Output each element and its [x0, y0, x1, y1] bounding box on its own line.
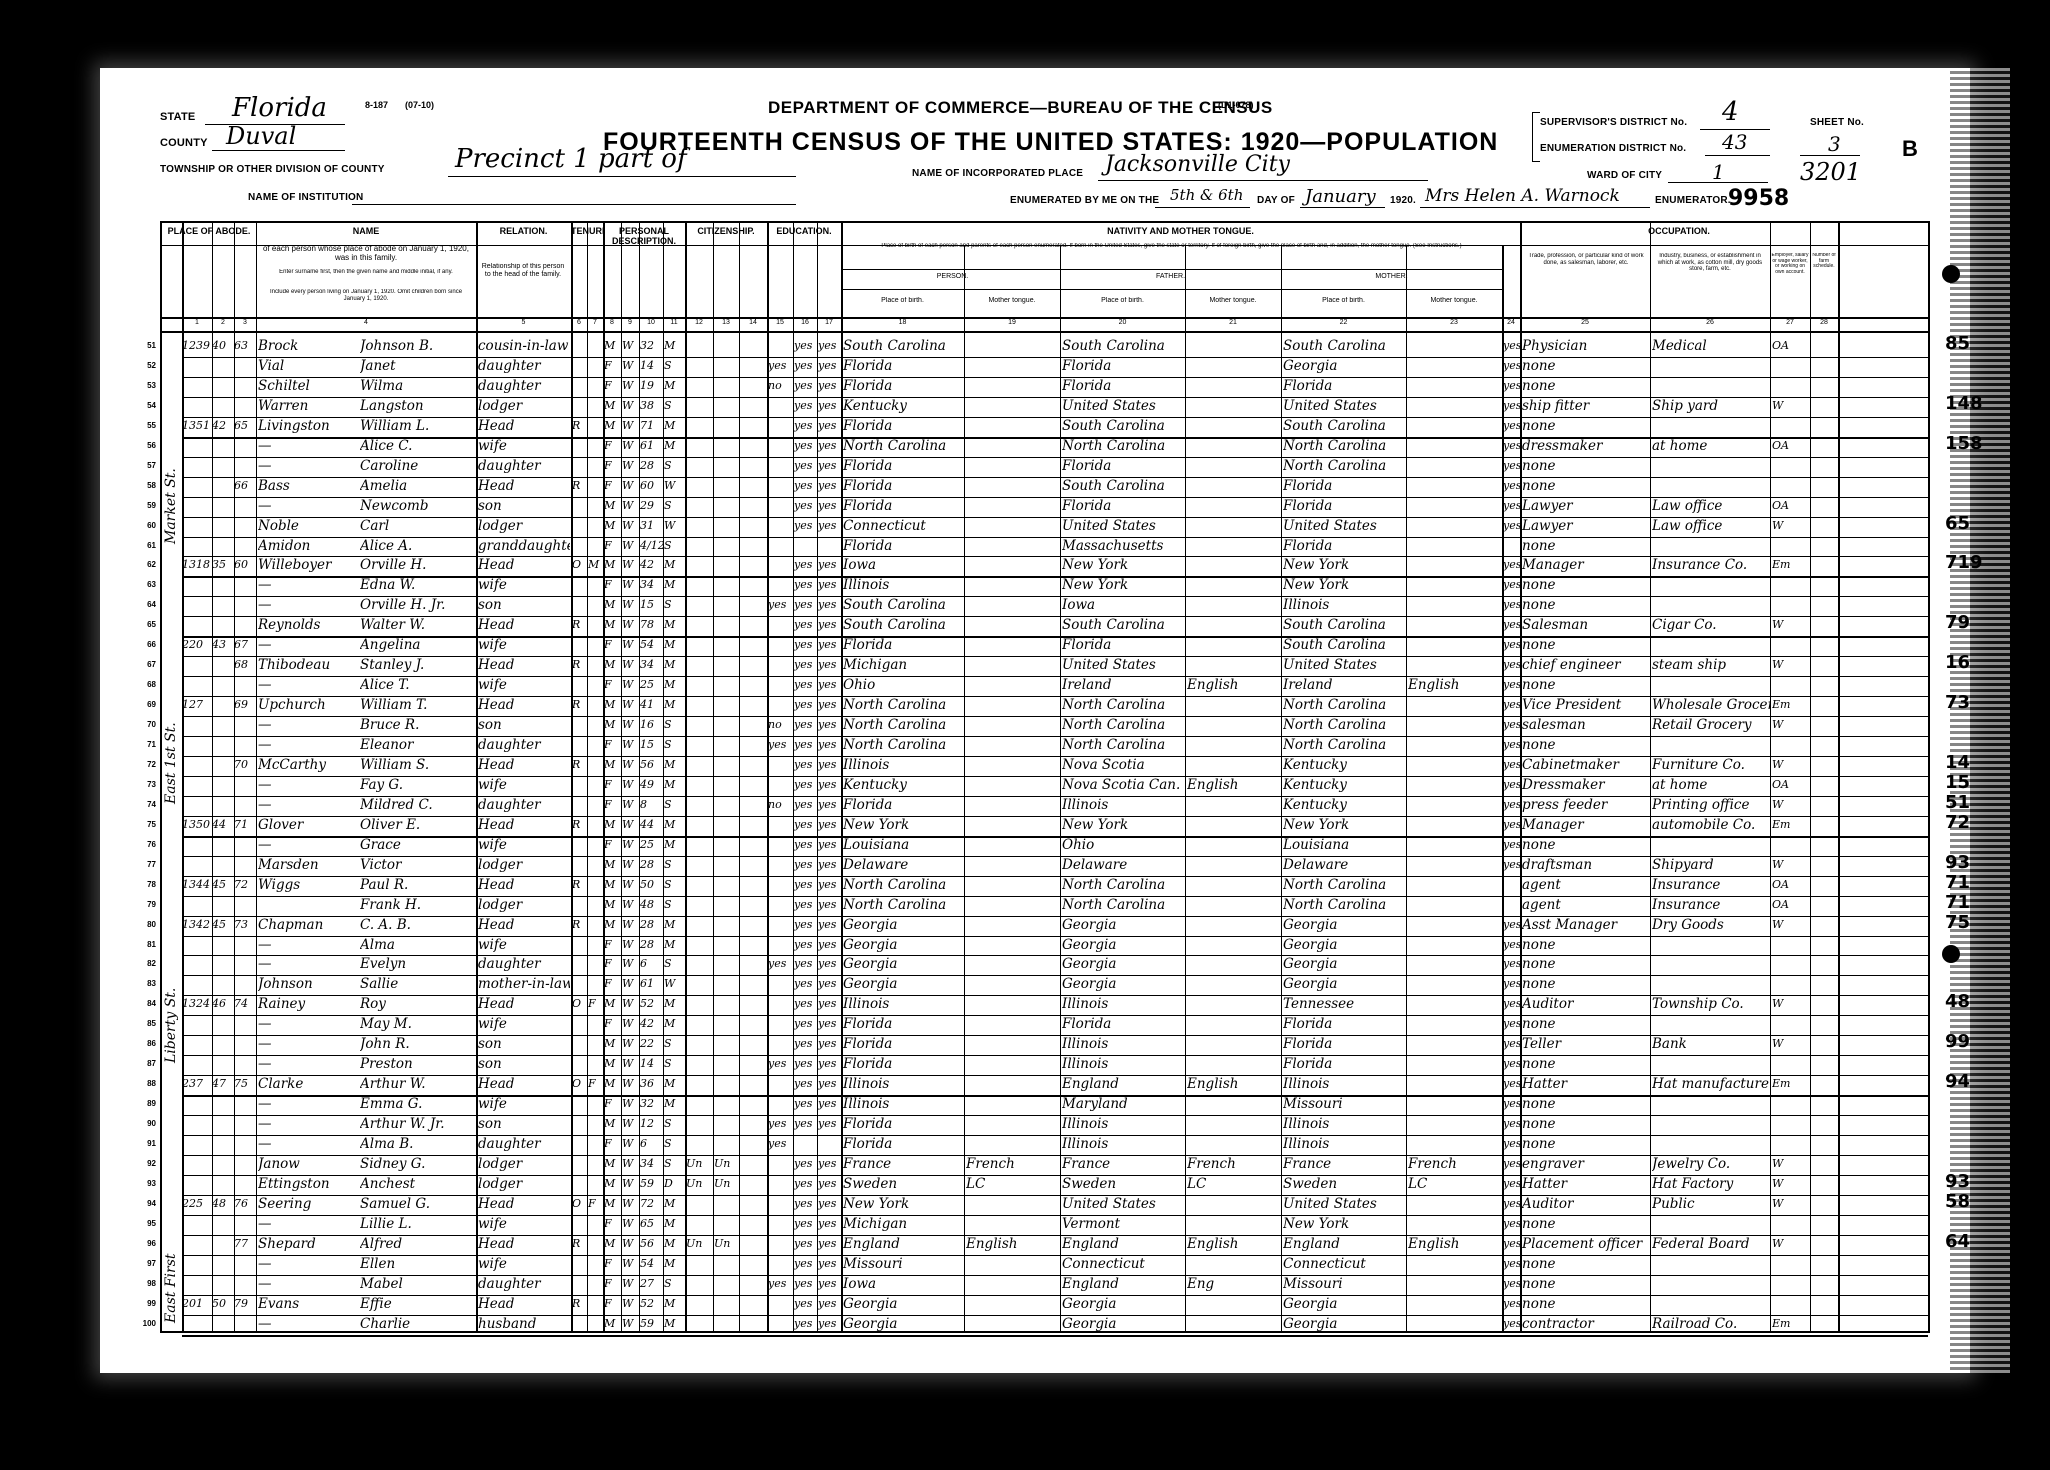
dwelling-number: [212, 1273, 234, 1295]
mother-tongue: [966, 395, 1060, 417]
sex: F: [604, 535, 621, 557]
race: W: [622, 415, 639, 437]
age: 14: [640, 355, 663, 377]
employment-class: W: [1772, 1233, 1810, 1255]
age: 54: [640, 634, 663, 656]
can-write: yes: [818, 854, 841, 876]
relation: Head: [478, 1293, 570, 1315]
mother-birthplace: Connecticut: [1283, 1253, 1406, 1275]
column-number: 14: [739, 319, 767, 327]
given-name: Alice C.: [360, 435, 474, 457]
mortgage: [588, 934, 603, 956]
marital-status: M: [664, 654, 685, 676]
can-write: yes: [818, 754, 841, 776]
speaks-english: yes: [1503, 1293, 1520, 1315]
occupation-industry: [1652, 1253, 1770, 1275]
house-number: [182, 854, 212, 876]
can-read: yes: [794, 993, 817, 1015]
sex: M: [604, 415, 621, 437]
surname: —: [258, 1033, 358, 1055]
mother-mother-tongue: [1408, 1193, 1502, 1215]
given-name: Orville H. Jr.: [360, 594, 474, 616]
mother-tongue: [966, 495, 1060, 517]
table-row: 2015079EvansEffieHeadRFW52MyesyesGeorgia…: [162, 1295, 1928, 1315]
table-row: —May M.wifeFW42MyesyesFloridaFloridaFlor…: [162, 1015, 1928, 1035]
occupation-industry: Ship yard: [1652, 395, 1770, 417]
immigration-year: [686, 674, 713, 696]
house-number: [182, 535, 212, 557]
mother-birthplace: United States: [1283, 1193, 1406, 1215]
tenure: [572, 1273, 587, 1295]
race: W: [622, 1313, 639, 1335]
surname: —: [258, 734, 358, 756]
sex: F: [604, 674, 621, 696]
dwelling-number: [212, 754, 234, 776]
line-number: 58: [142, 475, 156, 497]
mother-birthplace: New York: [1283, 814, 1406, 836]
line-number: 84: [142, 993, 156, 1015]
mother-mother-tongue: [1408, 335, 1502, 357]
surname: —: [258, 834, 358, 856]
mortgage: [588, 335, 603, 357]
mother-tongue: [966, 674, 1060, 696]
mortgage: [588, 1253, 603, 1275]
sex: M: [604, 614, 621, 636]
race: W: [622, 894, 639, 916]
table-row: 2204367—AngelinawifeFW54MyesyesFloridaFl…: [162, 636, 1928, 656]
surname: Amidon: [258, 535, 358, 557]
house-number: [182, 1213, 212, 1235]
attended-school: [768, 1013, 793, 1035]
surname: Vial: [258, 355, 358, 377]
table-row: 13444572WiggsPaul R.HeadRMW50SyesyesNort…: [162, 876, 1928, 896]
immigration-year: [686, 1113, 713, 1135]
family-number: [234, 973, 256, 995]
mother-tongue: [966, 914, 1060, 936]
father-birthplace: Delaware: [1062, 854, 1185, 876]
dwelling-number: 35: [212, 554, 234, 576]
immigration-year: [686, 375, 713, 397]
birthplace: England: [843, 1233, 964, 1255]
attended-school: [768, 1293, 793, 1315]
naturalization: [714, 1293, 739, 1315]
occupation-industry: Law office: [1652, 515, 1770, 537]
employment-class: W: [1772, 914, 1810, 936]
mother-birthplace: United States: [1283, 654, 1406, 676]
given-name: Frank H.: [360, 894, 474, 916]
house-number: 237: [182, 1073, 212, 1095]
surname: —: [258, 794, 358, 816]
speaks-english: [1503, 535, 1520, 557]
sex: F: [604, 574, 621, 596]
given-name: Wilma: [360, 375, 474, 397]
table-row: —Bruce R.sonMW16SnoyesyesNorth CarolinaN…: [162, 716, 1928, 736]
age: 38: [640, 395, 663, 417]
table-row: —EllenwifeFW54MyesyesMissouriConnecticut…: [162, 1255, 1928, 1275]
mother-tongue: [966, 375, 1060, 397]
can-write: yes: [818, 1253, 841, 1275]
speaks-english: yes: [1503, 435, 1520, 457]
age: 28: [640, 914, 663, 936]
state-label: STATE: [160, 111, 195, 123]
house-number: 127: [182, 694, 212, 716]
enumerated-days: 5th & 6th: [1170, 186, 1243, 204]
birthplace: Illinois: [843, 1093, 964, 1115]
given-name: Emma G.: [360, 1093, 474, 1115]
age: 22: [640, 1033, 663, 1055]
race: W: [622, 914, 639, 936]
immigration-year: [686, 754, 713, 776]
father-tongue: [1187, 574, 1281, 596]
table-row: —PrestonsonMW14SyesyesyesFloridaIllinois…: [162, 1055, 1928, 1075]
mother-mother-tongue: [1408, 894, 1502, 916]
race: W: [622, 1133, 639, 1155]
mortgage: [588, 1293, 603, 1315]
speaks-english: yes: [1503, 634, 1520, 656]
column-number: 7: [587, 319, 603, 327]
binder-hole: [1942, 265, 1960, 283]
can-write: yes: [818, 335, 841, 357]
mother-tongue: [966, 455, 1060, 477]
house-number: 1350: [182, 814, 212, 836]
name-note: Enter surname first, then the given name…: [262, 269, 470, 276]
father-birthplace: Illinois: [1062, 794, 1185, 816]
relation: Head: [478, 554, 570, 576]
naturalization: [714, 953, 739, 975]
table-row: ReynoldsWalter W.HeadRMW78MyesyesSouth C…: [162, 616, 1928, 636]
speaks-english: yes: [1503, 973, 1520, 995]
age: 29: [640, 495, 663, 517]
line-number: 52: [142, 355, 156, 377]
mother-tongue: [966, 993, 1060, 1015]
occupation-industry: [1652, 594, 1770, 616]
tenure: [572, 1013, 587, 1035]
can-read: yes: [794, 1113, 817, 1135]
line-number: 90: [142, 1113, 156, 1135]
table-row: WarrenLangstonlodgerMW38SyesyesKentuckyU…: [162, 397, 1928, 417]
surname: Shepard: [258, 1233, 358, 1255]
margin-code: 93: [1945, 1171, 1970, 1192]
employment-class: Em: [1772, 694, 1810, 716]
enumerator-name: Mrs Helen A. Warnock: [1425, 186, 1620, 206]
can-write: yes: [818, 634, 841, 656]
tenure: [572, 854, 587, 876]
can-write: yes: [818, 554, 841, 576]
column-number: 19: [964, 319, 1060, 327]
can-read: yes: [794, 1053, 817, 1075]
surname: —: [258, 435, 358, 457]
age: 59: [640, 1173, 663, 1195]
occupation-industry: Retail Grocery: [1652, 714, 1770, 736]
dwelling-number: [212, 1113, 234, 1135]
father-birthplace: United States: [1062, 654, 1185, 676]
naturalization: [714, 1113, 739, 1135]
marital-status: S: [664, 594, 685, 616]
race: W: [622, 1213, 639, 1235]
occupation-industry: [1652, 674, 1770, 696]
mother-birthplace: Georgia: [1283, 914, 1406, 936]
dwelling-number: [212, 1173, 234, 1195]
column-number: 21: [1185, 319, 1281, 327]
family-number: 75: [234, 1073, 256, 1095]
occupation-industry: Hat Factory: [1652, 1173, 1770, 1195]
race: W: [622, 1233, 639, 1255]
mother-birthplace: North Carolina: [1283, 455, 1406, 477]
age: 49: [640, 774, 663, 796]
race: W: [622, 535, 639, 557]
mother-tongue: [966, 1013, 1060, 1035]
occupation-trade: chief engineer: [1522, 654, 1650, 676]
relation: daughter: [478, 794, 570, 816]
can-write: yes: [818, 934, 841, 956]
employment-class: W: [1772, 1173, 1810, 1195]
house-number: 1342: [182, 914, 212, 936]
mother-birthplace: Kentucky: [1283, 794, 1406, 816]
speaks-english: yes: [1503, 335, 1520, 357]
naturalization: [714, 914, 739, 936]
relation: Head: [478, 914, 570, 936]
district-bracket: [1532, 112, 1540, 162]
can-write: yes: [818, 574, 841, 596]
table-row: —Orville H. Jr.sonMW15SyesyesyesSouth Ca…: [162, 596, 1928, 616]
dwelling-number: [212, 934, 234, 956]
father-tongue: [1187, 874, 1281, 896]
marital-status: M: [664, 1233, 685, 1255]
mother-tongue: [966, 435, 1060, 457]
occupation-trade: Lawyer: [1522, 515, 1650, 537]
can-read: yes: [794, 395, 817, 417]
immigration-year: [686, 634, 713, 656]
mother-birthplace: Florida: [1283, 1013, 1406, 1035]
family-number: 68: [234, 654, 256, 676]
tenure: [572, 1173, 587, 1195]
father-birthplace: United States: [1062, 395, 1185, 417]
father-tongue: [1187, 455, 1281, 477]
race: W: [622, 1173, 639, 1195]
tenure: [572, 1113, 587, 1135]
surname: Upchurch: [258, 694, 358, 716]
employment-class: [1772, 535, 1810, 557]
can-read: yes: [794, 634, 817, 656]
dwelling-number: [212, 1153, 234, 1175]
place-of-birth-header: Place of birth.: [841, 297, 964, 305]
naturalization: [714, 774, 739, 796]
house-number: [182, 774, 212, 796]
father-tongue: [1187, 834, 1281, 856]
census-title: FOURTEENTH CENSUS OF THE UNITED STATES: …: [603, 128, 1498, 157]
mother-birthplace: Illinois: [1283, 1113, 1406, 1135]
dwelling-number: 48: [212, 1193, 234, 1215]
mother-tongue: [966, 754, 1060, 776]
father-tongue: [1187, 1313, 1281, 1335]
naturalization: [714, 934, 739, 956]
race: W: [622, 934, 639, 956]
line-number: 96: [142, 1233, 156, 1255]
family-number: 65: [234, 415, 256, 437]
birthplace: North Carolina: [843, 874, 964, 896]
days-of-label: DAY OF: [1257, 195, 1295, 206]
father-tongue: [1187, 934, 1281, 956]
mother-birthplace: Florida: [1283, 1053, 1406, 1075]
sex: F: [604, 1133, 621, 1155]
institution-underline: [352, 204, 796, 205]
relation: Head: [478, 874, 570, 896]
family-number: [234, 1153, 256, 1175]
dwelling-number: [212, 455, 234, 477]
house-number: 1324: [182, 993, 212, 1015]
immigration-year: [686, 894, 713, 916]
immigration-year: [686, 914, 713, 936]
race: W: [622, 754, 639, 776]
occupation-industry: [1652, 1013, 1770, 1035]
marital-status: S: [664, 1153, 685, 1175]
occupation-trade: none: [1522, 475, 1650, 497]
attended-school: [768, 694, 793, 716]
family-number: [234, 1093, 256, 1115]
surname: —: [258, 1053, 358, 1075]
birthplace: Florida: [843, 495, 964, 517]
occupation-industry: Medical: [1652, 335, 1770, 357]
employment-class: OA: [1772, 495, 1810, 517]
column-number: 25: [1520, 319, 1650, 327]
dwelling-number: 45: [212, 914, 234, 936]
marital-status: M: [664, 335, 685, 357]
occupation-class-header: Employer, salary or wage worker, or work…: [1771, 253, 1809, 275]
mortgage: [588, 535, 603, 557]
birthplace: North Carolina: [843, 694, 964, 716]
relation: son: [478, 1113, 570, 1135]
table-row: 13424573ChapmanC. A. B.HeadRMW28MyesyesG…: [162, 916, 1928, 936]
father-tongue: [1187, 814, 1281, 836]
mother-tongue: [966, 475, 1060, 497]
given-name: Ellen: [360, 1253, 474, 1275]
surname: Janow: [258, 1153, 358, 1175]
relation: daughter: [478, 455, 570, 477]
line-number: 82: [142, 953, 156, 975]
race: W: [622, 1093, 639, 1115]
dwelling-number: [212, 395, 234, 417]
speaks-english: yes: [1503, 1033, 1520, 1055]
occupation-trade: Hatter: [1522, 1073, 1650, 1095]
tenure: [572, 734, 587, 756]
mother-birthplace: North Carolina: [1283, 874, 1406, 896]
can-read: yes: [794, 1013, 817, 1035]
birthplace: New York: [843, 814, 964, 836]
given-name: Grace: [360, 834, 474, 856]
father-tongue: [1187, 694, 1281, 716]
mortgage: [588, 594, 603, 616]
attended-school: [768, 874, 793, 896]
surname: —: [258, 574, 358, 596]
family-number: 70: [234, 754, 256, 776]
speaks-english: yes: [1503, 395, 1520, 417]
relation: Head: [478, 654, 570, 676]
naturalization: [714, 1273, 739, 1295]
attended-school: [768, 754, 793, 776]
speaks-english: yes: [1503, 455, 1520, 477]
dwelling-number: [212, 1033, 234, 1055]
father-birthplace: South Carolina: [1062, 475, 1185, 497]
sex: F: [604, 355, 621, 377]
birthplace: Florida: [843, 355, 964, 377]
speaks-english: yes: [1503, 774, 1520, 796]
house-number: [182, 614, 212, 636]
given-name: Angelina: [360, 634, 474, 656]
line-number: 89: [142, 1093, 156, 1115]
street-name: Market St.: [163, 469, 179, 545]
dwelling-number: [212, 515, 234, 537]
marital-status: W: [664, 973, 685, 995]
speaks-english: yes: [1503, 1173, 1520, 1195]
father-birthplace: United States: [1062, 515, 1185, 537]
tenure: [572, 953, 587, 975]
race: W: [622, 515, 639, 537]
mother-mother-tongue: [1408, 1273, 1502, 1295]
race: W: [622, 714, 639, 736]
incorporated-label: NAME OF INCORPORATED PLACE: [912, 168, 1083, 179]
dwelling-number: [212, 674, 234, 696]
given-name: Sallie: [360, 973, 474, 995]
occupation-trade: Dressmaker: [1522, 774, 1650, 796]
race: W: [622, 554, 639, 576]
family-number: 72: [234, 874, 256, 896]
house-number: [182, 1113, 212, 1135]
can-read: yes: [794, 515, 817, 537]
father-birthplace: South Carolina: [1062, 614, 1185, 636]
mother-birthplace: New York: [1283, 554, 1406, 576]
immigration-year: [686, 734, 713, 756]
table-row: 68ThibodeauStanley J.HeadRMW34MyesyesMic…: [162, 656, 1928, 676]
marital-status: M: [664, 1213, 685, 1235]
line-number: 63: [142, 574, 156, 596]
father-birthplace: Nova Scotia: [1062, 754, 1185, 776]
naturalization: [714, 993, 739, 1015]
occupation-trade: none: [1522, 834, 1650, 856]
father-birthplace: Connecticut: [1062, 1253, 1185, 1275]
mortgage: [588, 515, 603, 537]
surname: Glover: [258, 814, 358, 836]
family-number: [234, 834, 256, 856]
house-number: [182, 475, 212, 497]
race: W: [622, 1193, 639, 1215]
mortgage: [588, 694, 603, 716]
can-write: yes: [818, 1073, 841, 1095]
column-number: 26: [1650, 319, 1770, 327]
father-tongue: [1187, 1113, 1281, 1135]
occupation-trade: Auditor: [1522, 993, 1650, 1015]
occupation-trade: none: [1522, 1273, 1650, 1295]
speaks-english: yes: [1503, 1213, 1520, 1235]
mortgage: [588, 375, 603, 397]
marital-status: S: [664, 535, 685, 557]
can-read: yes: [794, 914, 817, 936]
occupation-industry: Insurance Co.: [1652, 554, 1770, 576]
family-number: [234, 375, 256, 397]
house-number: [182, 1313, 212, 1335]
employment-class: [1772, 834, 1810, 856]
surname: Willeboyer: [258, 554, 358, 576]
can-read: yes: [794, 614, 817, 636]
occupation-industry: [1652, 475, 1770, 497]
line-number: 70: [142, 714, 156, 736]
employment-class: [1772, 1053, 1810, 1075]
occupation-industry: [1652, 535, 1770, 557]
mother-mother-tongue: [1408, 1053, 1502, 1075]
table-row: —GracewifeFW25MyesyesLouisianaOhioLouisi…: [162, 836, 1928, 856]
father-birthplace: Nova Scotia Can.: [1062, 774, 1185, 796]
dwelling-number: [212, 734, 234, 756]
binder-hole: [1942, 945, 1960, 963]
